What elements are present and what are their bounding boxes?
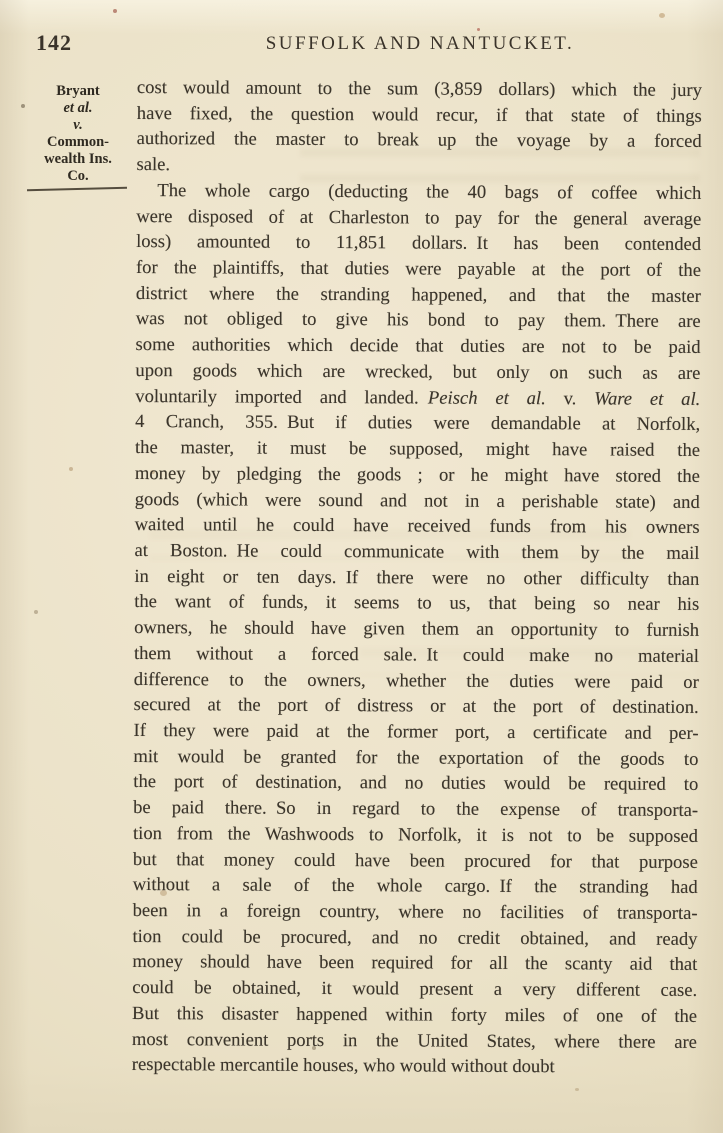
text-line: tion from the Washwoods to Norfolk, it i…	[133, 821, 698, 850]
margin-note-line: et al.	[26, 100, 130, 117]
text-line: at Boston. He could communicate with the…	[134, 538, 699, 567]
paper-speckle	[477, 28, 480, 31]
text-line: in eight or ten days. If there were no o…	[134, 564, 699, 593]
running-head: SUFFOLK AND NANTUCKET.	[137, 33, 703, 55]
text-line: for the plaintiffs, that duties were pay…	[136, 255, 701, 284]
margin-note-line: Common-	[26, 134, 130, 151]
text-line: the port of destination, and no duties w…	[133, 769, 698, 798]
text-line: authorized the master to break up the vo…	[137, 126, 702, 155]
paper-speckle	[21, 104, 25, 108]
text-line: sale.	[136, 152, 701, 181]
margin-note-case-caption: Bryantet al.v.Common-wealth Ins.Co.	[26, 83, 130, 185]
text-line: was not obliged to give his bond to pay …	[136, 306, 701, 335]
text-line: waited until he could have received fund…	[135, 512, 700, 541]
text-line: But this disaster happened within forty …	[132, 1001, 697, 1030]
text-line: be paid there. So in regard to the expen…	[133, 795, 698, 824]
text-line: owners, he should have given them an opp…	[134, 615, 699, 644]
paper-speckle	[34, 610, 38, 614]
text-line: The whole cargo (deducting the 40 bags o…	[136, 178, 701, 207]
paper-speckle	[69, 467, 73, 471]
text-line: respectable mercantile houses, who would…	[132, 1052, 697, 1081]
text-line: secured at the port of distress or at th…	[134, 692, 699, 721]
paper-speckle	[113, 9, 117, 13]
text-line: been in a foreign country, where no faci…	[133, 898, 698, 927]
text-line: some authorities which decide that dutie…	[136, 332, 701, 361]
text-line: without a sale of the whole cargo. If th…	[133, 872, 698, 901]
margin-note-line: v.	[26, 117, 130, 134]
text-line: 4 Cranch, 355. But if duties were demand…	[135, 409, 700, 438]
margin-note-line: Co.	[26, 168, 130, 185]
text-line: have fixed, the question would recur, if…	[137, 101, 702, 130]
text-line: voluntarily imported and landed. Peisch …	[135, 384, 700, 413]
text-line: goods (which were sound and not in a per…	[135, 486, 700, 515]
text-line: district where the stranding happened, a…	[136, 281, 701, 310]
body-text: cost would amount to the sum (3,859 doll…	[132, 75, 702, 1081]
text-line: the master, it must be supposed, might h…	[135, 435, 700, 464]
text-line: could be obtained, it would present a ve…	[132, 975, 697, 1004]
text-line: loss) amounted to 11,851 dollars. It has…	[136, 229, 701, 258]
paper-speckle	[659, 13, 665, 18]
case-citation: Ware et al.	[594, 388, 700, 410]
text-line: mit would be granted for the exportation…	[133, 744, 698, 773]
text-line: but that money could have been procured …	[133, 847, 698, 876]
text-line: cost would amount to the sum (3,859 doll…	[137, 75, 702, 104]
page-number: 142	[36, 30, 72, 56]
case-citation: Peisch et al.	[428, 387, 546, 409]
text-line: tion could be procured, and no credit ob…	[132, 924, 697, 953]
margin-note-line: Bryant	[26, 83, 130, 100]
text-line: money by pledging the goods ; or he migh…	[135, 461, 700, 490]
text-line: difference to the owners, whether the du…	[134, 667, 699, 696]
text-line: were disposed of at Charleston to pay fo…	[136, 204, 701, 233]
text-line: most convenient ports in the United Stat…	[132, 1027, 697, 1056]
text-line: If they were paid at the former port, a …	[133, 718, 698, 747]
text-line: money should have been required for all …	[132, 949, 697, 978]
margin-note-line: wealth Ins.	[26, 151, 130, 168]
paper-speckle	[575, 1088, 579, 1091]
text-line: the want of funds, it seems to us, that …	[134, 589, 699, 618]
text-line: them without a forced sale. It could mak…	[134, 641, 699, 670]
scanned-book-page: { "page": { "number": "142", "running_he…	[0, 0, 723, 1133]
text-line: upon goods which are wrecked, but only o…	[135, 358, 700, 387]
